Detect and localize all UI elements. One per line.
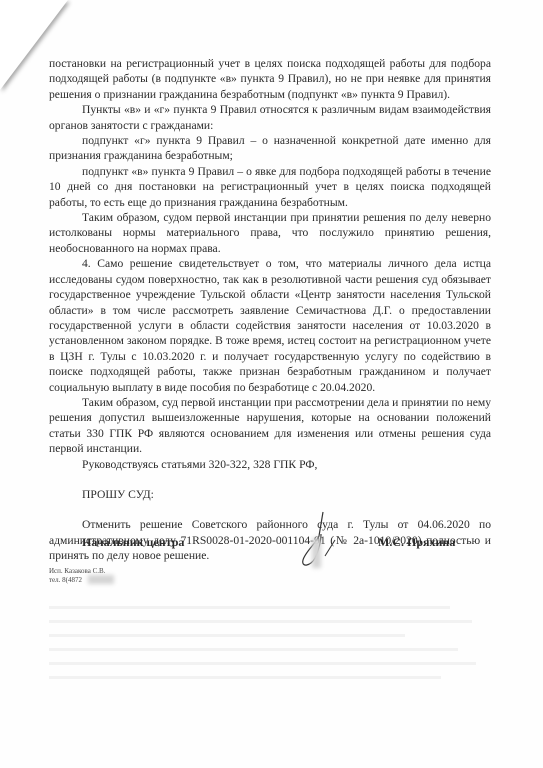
paragraph-subitem-g: подпункт «г» пункта 9 Правил – о назначе… bbox=[49, 133, 491, 164]
signatory-name: М.С. Пряхина bbox=[378, 535, 455, 550]
redacted-phone bbox=[88, 575, 114, 584]
redacted-signature-area bbox=[312, 538, 321, 568]
paragraph-conclusion-1: Таким образом, судом первой инстанции пр… bbox=[49, 210, 491, 256]
paragraph-subitem-v: подпункт «в» пункта 9 Правил – о явке дл… bbox=[49, 164, 491, 210]
document-page: постановки на регистрационный учет в цел… bbox=[0, 0, 543, 768]
paragraph-legal-basis: Руководствуясь статьями 320-322, 328 ГПК… bbox=[49, 457, 491, 472]
paragraph-items-distinction: Пункты «в» и «г» пункта 9 Правил относят… bbox=[49, 102, 491, 133]
document-body: постановки на регистрационный учет в цел… bbox=[49, 56, 491, 564]
paragraph-continuation: постановки на регистрационный учет в цел… bbox=[49, 56, 491, 102]
paragraph-point-4: 4. Само решение свидетельствует о том, ч… bbox=[49, 256, 491, 395]
reverse-side-bleed-through bbox=[49, 595, 494, 690]
plea-heading: ПРОШУ СУД: bbox=[49, 487, 491, 502]
paragraph-conclusion-2: Таким образом, суд первой инстанции при … bbox=[49, 395, 491, 457]
handwritten-signature-icon bbox=[295, 508, 355, 578]
signatory-role: Начальник центра bbox=[82, 535, 184, 550]
